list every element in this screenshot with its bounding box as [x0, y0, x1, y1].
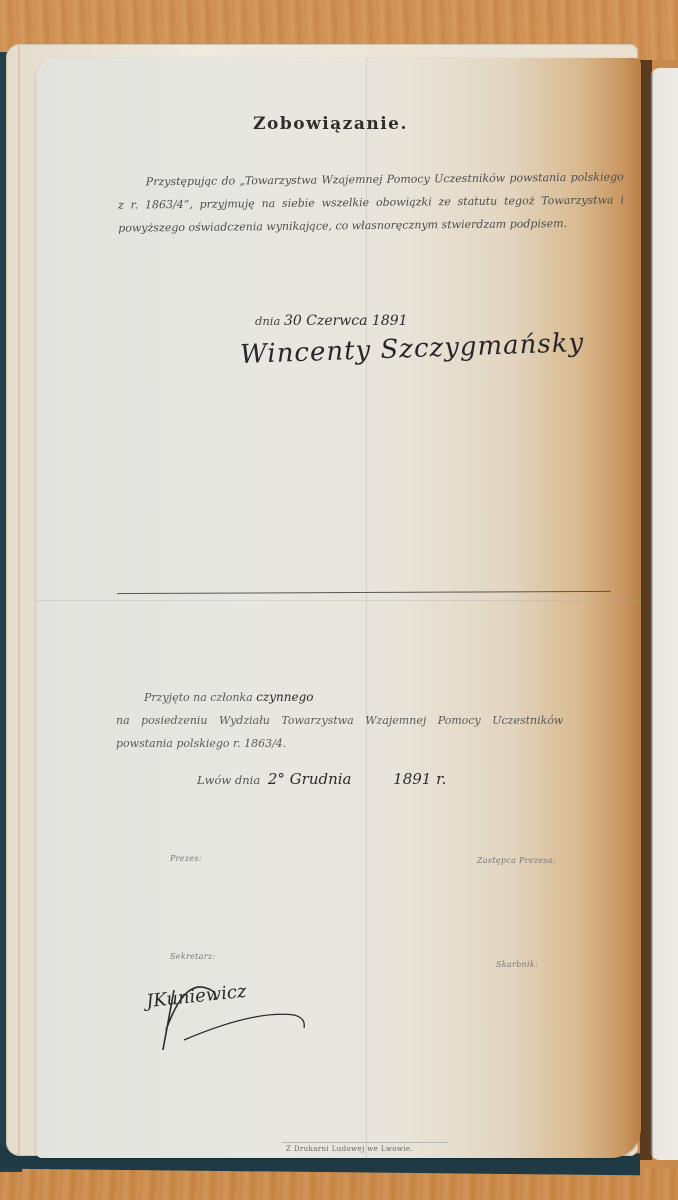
section-divider	[117, 591, 611, 594]
acceptance-block: Przyjęto na członka czynnego na posiedze…	[116, 686, 626, 755]
role-secretary: Sekretarz:	[170, 952, 215, 961]
pledge-paragraph: Przystępując do „Towarzystwa Wzajemnej P…	[118, 165, 625, 239]
acceptance-line-3: powstania polskiego r. 1863/4.	[116, 732, 626, 755]
member-signature: Wincenty Szczygmańsky	[240, 328, 585, 370]
role-vice-president: Zastępca Prezesa:	[477, 856, 556, 865]
document-title: Zobowiązanie.	[28, 114, 633, 134]
date-handwritten: 30 Czerwca 1891	[284, 313, 408, 329]
member-type-handwritten: czynnego	[256, 690, 313, 704]
place-date-day-month: 2° Grudnia	[268, 770, 352, 788]
acceptance-line-1: Przyjęto na członka czynnego	[116, 686, 626, 709]
pledge-text: Przystępując do „Towarzystwa Wzajemnej P…	[118, 170, 624, 234]
place-date-prefix: Lwów dnia	[197, 773, 260, 787]
page-stack-edge	[18, 44, 20, 1156]
role-president: Prezes:	[170, 854, 202, 863]
acceptance-line-2: na posiedzeniu Wydziału Towarzystwa Wzaj…	[116, 709, 626, 732]
place-date-year: 1891 r.	[393, 770, 446, 788]
document-page: Zobowiązanie. Przystępując do „Towarzyst…	[36, 58, 641, 1158]
pledge-date-line: dnia 30 Czerwca 1891	[255, 313, 408, 329]
date-prefix: dnia	[255, 314, 280, 328]
place-date-line: Lwów dnia 2° Grudnia 1891 r.	[197, 770, 446, 788]
facing-page-edge	[650, 68, 678, 1160]
role-treasurer: Skarbnik:	[496, 960, 538, 969]
acceptance-printed: Przyjęto na członka	[144, 691, 253, 704]
fold-line-horizontal	[36, 600, 641, 601]
printer-rule	[282, 1142, 448, 1143]
printer-imprint: Z Drukarni Ludowej we Lwowie.	[286, 1145, 413, 1153]
